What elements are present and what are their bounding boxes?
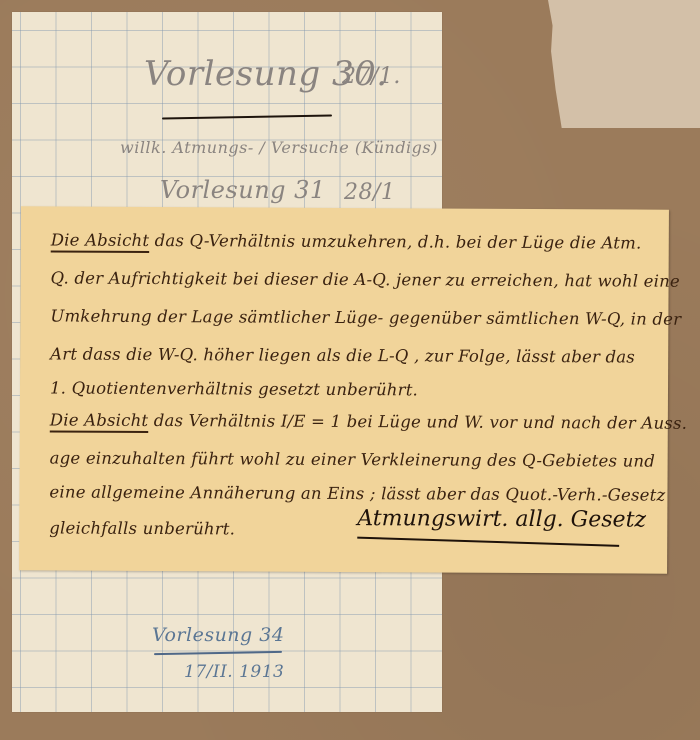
card-line-6-lead: Die Absicht [50,410,149,430]
card-line-2-text: Q. der Aufrichtigkeit bei dieser die A-Q… [51,268,680,290]
signature-heading: Atmungswirt. allg. Gesetz [357,506,646,533]
card-line-5-text: 1. Quotientenverhältnis gesetzt unberühr… [50,378,418,399]
lecture-30-date: 27/1. [342,64,401,89]
card-line-3-text: Umkehrung der Lage sämtlicher Lüge- gege… [50,306,681,328]
lecture-34-date: 17/II. 1913 [184,662,284,682]
lecture-30-underline [162,115,332,120]
yellow-note-card: Die Absicht das Q-Verhältnis umzukehren,… [19,206,669,573]
lecture-31-title: Vorlesung 31 [160,176,326,204]
card-line-9-text: gleichfalls unberührt. [49,518,235,538]
card-line-1-lead: Die Absicht [51,230,150,250]
card-line-7-text: age einzuhalten führt wohl zu einer Verk… [50,448,655,470]
card-line-7: age einzuhalten führt wohl zu einer Verk… [50,448,655,470]
card-line-9: gleichfalls unberührt. [49,518,235,538]
card-line-2: Q. der Aufrichtigkeit bei dieser die A-Q… [51,268,680,290]
card-line-1-text: das Q-Verhältnis umzukehren, d.h. bei de… [149,231,641,253]
card-line-1: Die Absicht das Q-Verhältnis umzukehren,… [51,230,642,252]
card-line-8-text: eine allgemeine Annäherung an Eins ; läs… [49,482,665,504]
lecture-30-subline: willk. Atmungs- / Versuche (Kündigs) [120,138,438,157]
card-line-4-text: Art dass die W-Q. höher liegen als die L… [50,344,635,366]
card-line-8: eine allgemeine Annäherung an Eins ; läs… [49,482,665,504]
lecture-34-underline [154,651,282,655]
signature-underline [357,537,619,547]
card-line-3: Umkehrung der Lage sämtlicher Lüge- gege… [50,306,681,328]
lecture-34-title: Vorlesung 34 [152,624,284,646]
card-line-6-text: das Verhältnis I/E = 1 bei Lüge und W. v… [148,411,687,433]
card-line-4: Art dass die W-Q. höher liegen als die L… [50,344,635,366]
card-line-5: 1. Quotientenverhältnis gesetzt unberühr… [50,378,418,399]
card-line-6: Die Absicht das Verhältnis I/E = 1 bei L… [50,410,687,432]
lecture-31-date: 28/1 [344,180,395,205]
tissue-paper-corner [548,0,700,128]
